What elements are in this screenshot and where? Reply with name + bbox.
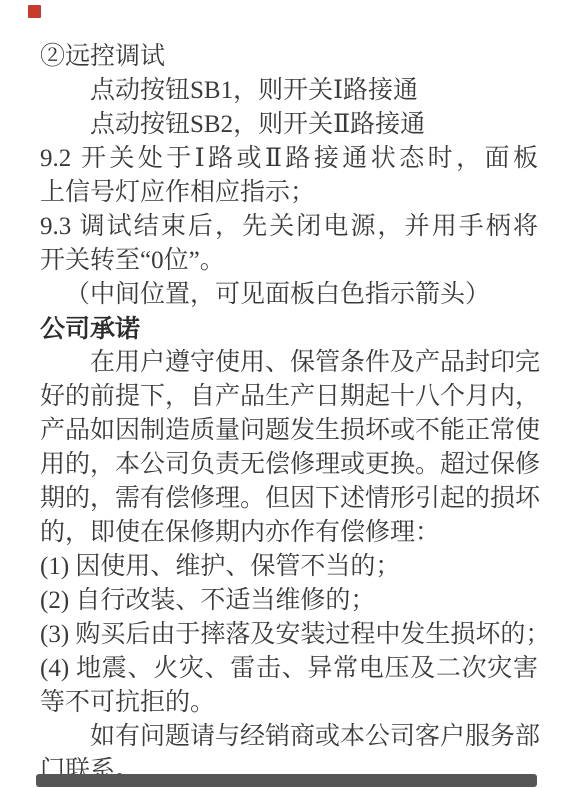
doc-line: 9.2 开关处于Ⅰ路或Ⅱ路接通状态时，面板 <box>40 142 538 176</box>
list-item-4: (4) 地震、火灾、雷击、异常电压及二次灾害 <box>40 652 538 686</box>
manual-text-block: ②远控调试 点动按钮SB1，则开关Ⅰ路接通 点动按钮SB2，则开关Ⅱ路接通 9.… <box>40 40 538 788</box>
doc-line: 点动按钮SB1，则开关Ⅰ路接通 <box>40 74 538 108</box>
doc-line: 如有问题请与经销商或本公司客户服务部 <box>40 720 538 754</box>
red-ink-scan-mark <box>28 5 41 18</box>
doc-line: 开关转至“0位”。 <box>40 244 538 278</box>
section-heading-company-promise: 公司承诺 <box>40 312 538 346</box>
doc-line: 9.3 调试结束后，先关闭电源，并用手柄将 <box>40 210 538 244</box>
doc-line: 点动按钮SB2，则开关Ⅱ路接通 <box>40 108 538 142</box>
doc-line: 上信号灯应作相应指示； <box>40 176 538 210</box>
doc-line: 期的，需有偿修理。但因下述情形引起的损坏 <box>40 482 538 516</box>
document-page: ②远控调试 点动按钮SB1，则开关Ⅰ路接通 点动按钮SB2，则开关Ⅱ路接通 9.… <box>0 0 572 788</box>
scan-page-edge-bar <box>36 774 537 787</box>
list-item-1: (1) 因使用、维护、保管不当的； <box>40 550 538 584</box>
doc-line: 好的前提下，自产品生产日期起十八个月内， <box>40 380 538 414</box>
doc-line: （中间位置，可见面板白色指示箭头） <box>40 278 538 312</box>
list-item-3: (3) 购买后由于摔落及安装过程中发生损坏的； <box>40 618 538 652</box>
section-heading-remote-debug: ②远控调试 <box>40 40 538 74</box>
doc-line: 等不可抗拒的。 <box>40 686 538 720</box>
list-item-2: (2) 自行改装、不适当维修的； <box>40 584 538 618</box>
doc-line: 的，即使在保修期内亦作有偿修理： <box>40 516 538 550</box>
doc-line: 在用户遵守使用、保管条件及产品封印完 <box>40 346 538 380</box>
doc-line: 用的，本公司负责无偿修理或更换。超过保修 <box>40 448 538 482</box>
doc-line: 产品如因制造质量问题发生损坏或不能正常使 <box>40 414 538 448</box>
